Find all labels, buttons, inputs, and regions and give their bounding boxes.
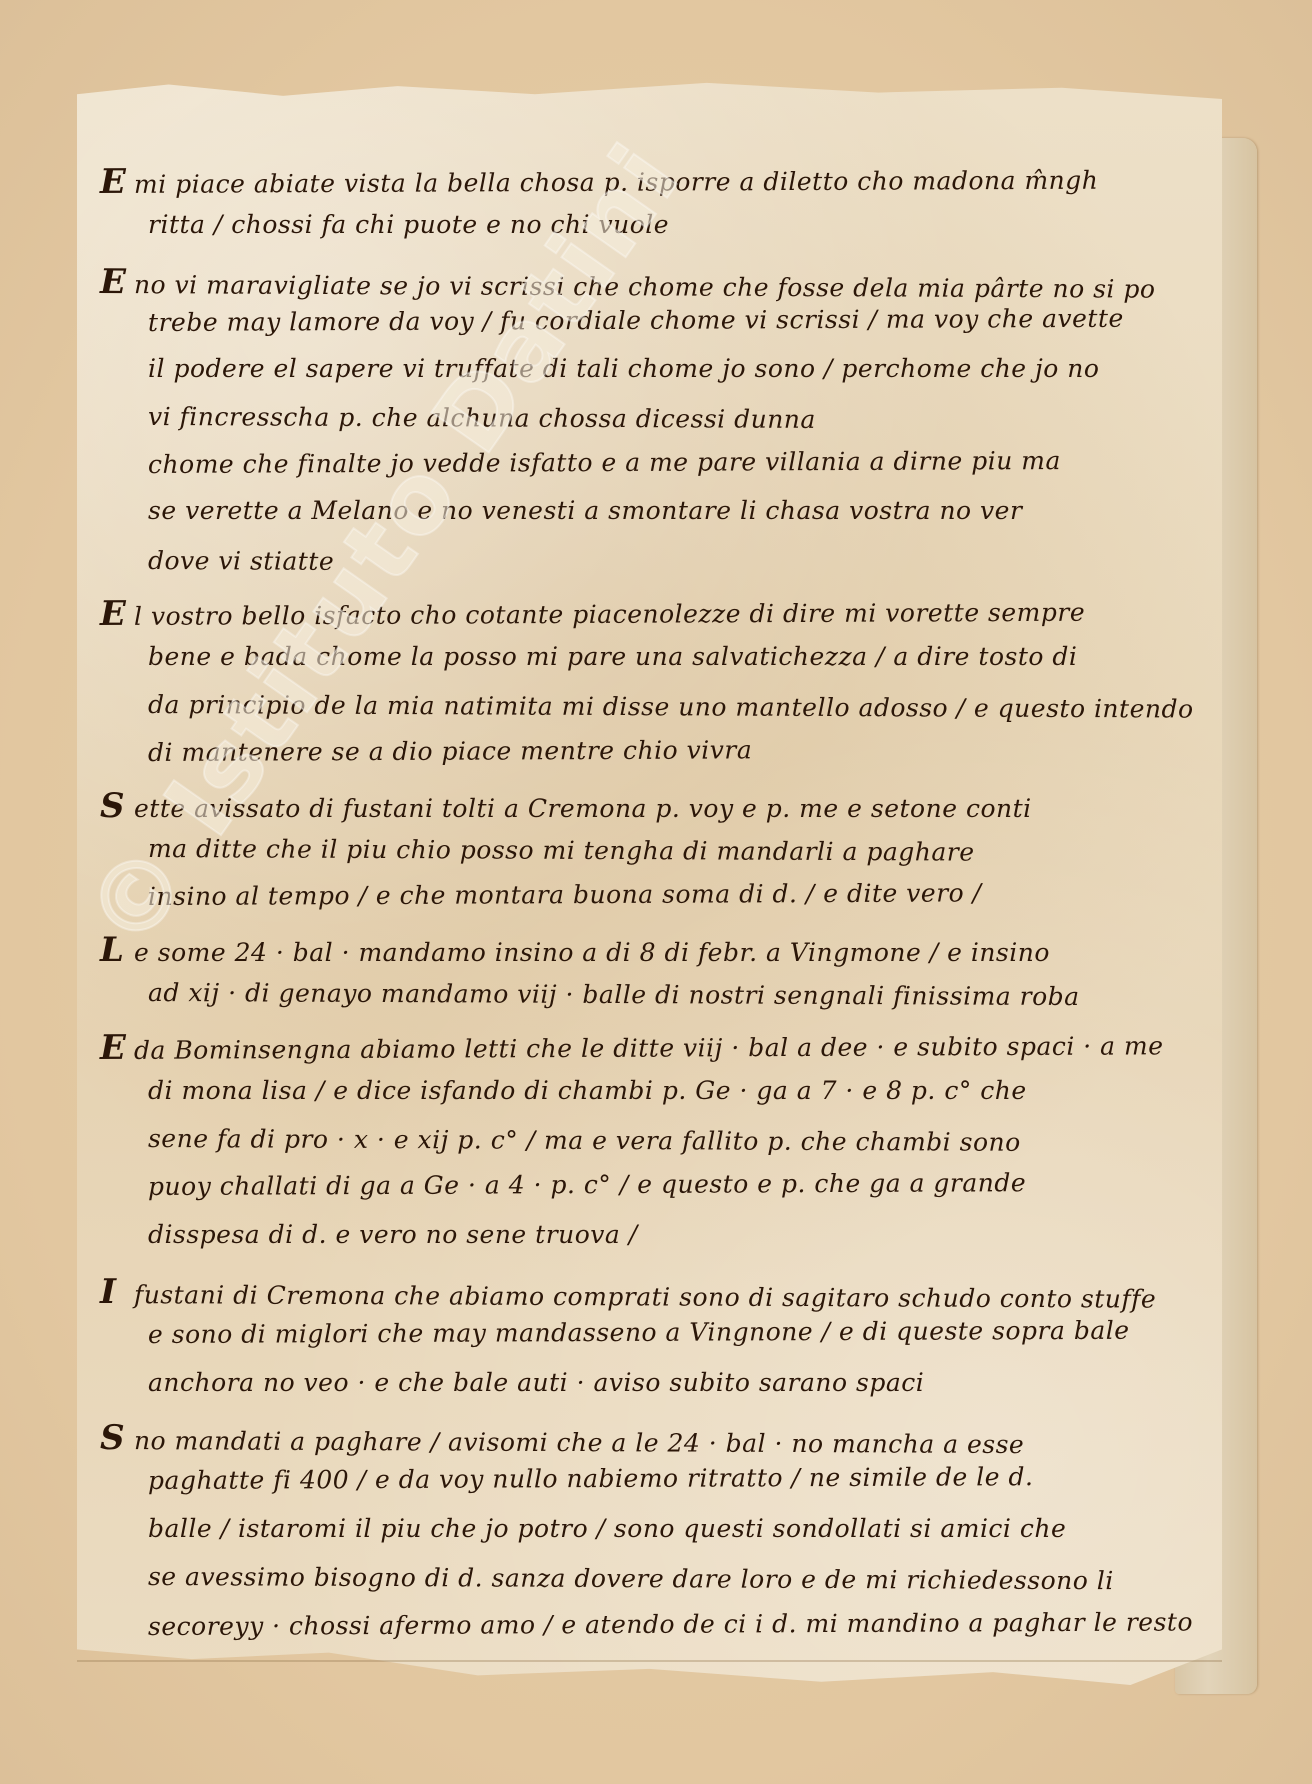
- manuscript-line: El vostro bello isfacto cho cotante piac…: [100, 590, 1085, 634]
- manuscript-line: Emi piace abiate vista la bella chosa p.…: [100, 158, 1099, 202]
- manuscript-line: paghatte fi 400 / e da voy nullo nabiemo…: [148, 1462, 1033, 1495]
- line-text: il podere el sapere vi truffate di tali …: [148, 354, 1099, 383]
- line-text: chome che finalte jo vedde isfatto e a m…: [148, 446, 1061, 479]
- line-text: paghatte fi 400 / e da voy nullo nabiemo…: [148, 1462, 1033, 1495]
- line-text: l vostro bello isfacto cho cotante piace…: [134, 598, 1085, 631]
- manuscript-line: secoreyy · chossi afermo amo / e atendo …: [148, 1607, 1193, 1641]
- line-text: balle / istaromi il piu che jo potro / s…: [148, 1514, 1066, 1543]
- manuscript-line: trebe may lamore da voy / fu cordiale ch…: [148, 304, 1124, 337]
- paragraph-initial: E: [100, 262, 134, 302]
- line-text: da principio de la mia natimita mi disse…: [148, 690, 1194, 724]
- line-text: mi piace abiate vista la bella chosa p. …: [134, 166, 1098, 199]
- paragraph-initial: S: [100, 786, 134, 826]
- manuscript-line: dove vi stiatte: [148, 546, 334, 576]
- line-text: no mandati a paghare / avisomi che a le …: [134, 1426, 1024, 1459]
- paragraph-initial: E: [100, 1028, 134, 1068]
- line-text: ma ditte che il piu chio posso mi tengha…: [148, 834, 975, 867]
- line-text: ad xij · di genayo mandamo viij · balle …: [148, 978, 1080, 1011]
- manuscript-line: Sno mandati a paghare / avisomi che a le…: [100, 1418, 1024, 1462]
- manuscript-line: Eno vi maravigliate se jo vi scrissi che…: [100, 262, 1156, 307]
- manuscript-line: anchora no veo · e che bale auti · aviso…: [148, 1368, 924, 1397]
- line-text: e some 24 · bal · mandamo insino a di 8 …: [134, 938, 1050, 967]
- line-text: ette avissato di fustani tolti a Cremona…: [134, 794, 1032, 823]
- manuscript-line: Ifustani di Cremona che abiamo comprati …: [100, 1272, 1156, 1317]
- paragraph-initial: E: [100, 162, 134, 202]
- manuscript-line: chome che finalte jo vedde isfatto e a m…: [148, 446, 1061, 479]
- line-text: insino al tempo / e che montara buona so…: [148, 878, 982, 911]
- line-text: se avessimo bisogno di d. sanza dovere d…: [148, 1562, 1114, 1595]
- line-text: e sono di miglori che may mandasseno a V…: [148, 1316, 1130, 1349]
- manuscript-line: di mantenere se a dio piace mentre chio …: [148, 735, 752, 767]
- line-text: anchora no veo · e che bale auti · aviso…: [148, 1368, 924, 1397]
- manuscript-line: se verette a Melano e no venesti a smont…: [148, 496, 1022, 525]
- manuscript-line: bene e bada chome la posso mi pare una s…: [148, 642, 1077, 671]
- manuscript-line: se avessimo bisogno di d. sanza dovere d…: [148, 1562, 1114, 1595]
- manuscript-line: balle / istaromi il piu che jo potro / s…: [148, 1514, 1066, 1543]
- paragraph-initial: S: [100, 1418, 134, 1458]
- line-text: disspesa di d. e vero no sene truova /: [148, 1220, 638, 1249]
- line-text: dove vi stiatte: [148, 546, 334, 576]
- line-text: di mantenere se a dio piace mentre chio …: [148, 735, 752, 767]
- manuscript-line: disspesa di d. e vero no sene truova /: [148, 1220, 638, 1249]
- manuscript-line: vi fincresscha p. che alchuna chossa dic…: [148, 402, 816, 434]
- line-text: no vi maravigliate se jo vi scrissi che …: [134, 270, 1156, 303]
- manuscript-line: puoy challati di ga a Ge · a 4 · p. c° /…: [148, 1168, 1026, 1201]
- line-text: di mona lisa / e dice isfando di chambi …: [148, 1076, 1027, 1105]
- paragraph-initial: E: [100, 594, 134, 634]
- paragraph-initial: L: [100, 930, 134, 970]
- paragraph-initial: I: [100, 1272, 134, 1312]
- line-text: fustani di Cremona che abiamo comprati s…: [134, 1280, 1156, 1313]
- line-text: da Bominsengna abiamo letti che le ditte…: [134, 1031, 1164, 1064]
- line-text: vi fincresscha p. che alchuna chossa dic…: [148, 402, 816, 434]
- manuscript-line: sene fa di pro · x · e xij p. c° / ma e …: [148, 1124, 1021, 1157]
- manuscript-line: ritta / chossi fa chi puote e no chi vuo…: [148, 210, 669, 239]
- manuscript-line: Eda Bominsengna abiamo letti che le ditt…: [100, 1023, 1164, 1068]
- line-text: bene e bada chome la posso mi pare una s…: [148, 642, 1077, 671]
- line-text: trebe may lamore da voy / fu cordiale ch…: [148, 304, 1124, 337]
- line-text: ritta / chossi fa chi puote e no chi vuo…: [148, 210, 669, 239]
- manuscript-line: Le some 24 · bal · mandamo insino a di 8…: [100, 930, 1050, 970]
- manuscript-text-block: Emi piace abiate vista la bella chosa p.…: [0, 0, 1312, 1784]
- line-text: secoreyy · chossi afermo amo / e atendo …: [148, 1607, 1193, 1641]
- line-text: puoy challati di ga a Ge · a 4 · p. c° /…: [148, 1168, 1026, 1201]
- line-text: se verette a Melano e no venesti a smont…: [148, 496, 1022, 525]
- manuscript-line: il podere el sapere vi truffate di tali …: [148, 354, 1099, 383]
- manuscript-line: e sono di miglori che may mandasseno a V…: [148, 1316, 1130, 1349]
- manuscript-line: di mona lisa / e dice isfando di chambi …: [148, 1076, 1027, 1105]
- manuscript-line: Sette avissato di fustani tolti a Cremon…: [100, 786, 1032, 826]
- line-text: sene fa di pro · x · e xij p. c° / ma e …: [148, 1124, 1021, 1157]
- manuscript-line: ad xij · di genayo mandamo viij · balle …: [148, 978, 1080, 1011]
- manuscript-line: ma ditte che il piu chio posso mi tengha…: [148, 834, 975, 867]
- manuscript-line: da principio de la mia natimita mi disse…: [148, 690, 1194, 724]
- manuscript-line: insino al tempo / e che montara buona so…: [148, 878, 982, 911]
